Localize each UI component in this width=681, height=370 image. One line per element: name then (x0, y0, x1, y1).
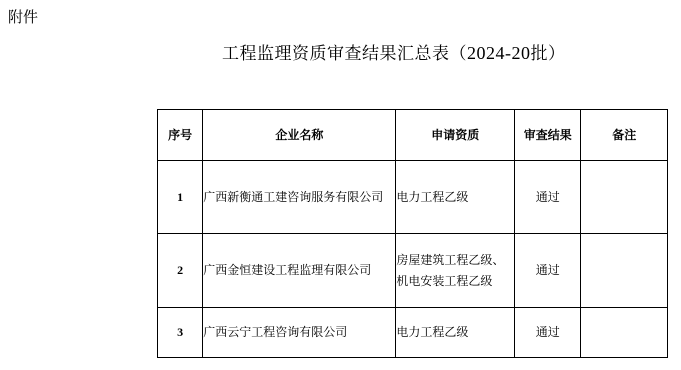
title-batch-number: 2024-20 (467, 43, 531, 63)
title-prefix: 工程监理资质审查结果汇总表（ (222, 44, 467, 64)
cell-note (581, 308, 668, 358)
cell-note (581, 234, 668, 308)
table-row: 1 广西新衡通工建咨询服务有限公司 电力工程乙级 通过 (158, 161, 668, 234)
table-row: 2 广西金恒建设工程监理有限公司 房屋建筑工程乙级、机电安装工程乙级 通过 (158, 234, 668, 308)
cell-company: 广西金恒建设工程监理有限公司 (203, 234, 396, 308)
cell-result: 通过 (515, 234, 581, 308)
header-note: 备注 (581, 110, 668, 161)
cell-company: 广西新衡通工建咨询服务有限公司 (203, 161, 396, 234)
header-result: 审查结果 (515, 110, 581, 161)
header-qualification: 申请资质 (396, 110, 515, 161)
cell-company: 广西云宁工程咨询有限公司 (203, 308, 396, 358)
document-title: 工程监理资质审查结果汇总表（2024-20批） (0, 41, 681, 66)
cell-qualification: 电力工程乙级 (396, 308, 515, 358)
table-header-row: 序号 企业名称 申请资质 审查结果 备注 (158, 110, 668, 161)
attachment-label: 附件 (8, 7, 38, 27)
table-row: 3 广西云宁工程咨询有限公司 电力工程乙级 通过 (158, 308, 668, 358)
cell-note (581, 161, 668, 234)
cell-qualification: 电力工程乙级 (396, 161, 515, 234)
header-company: 企业名称 (203, 110, 396, 161)
cell-qualification: 房屋建筑工程乙级、机电安装工程乙级 (396, 234, 515, 308)
cell-seq: 2 (158, 234, 203, 308)
title-suffix: 批） (531, 44, 566, 64)
header-seq: 序号 (158, 110, 203, 161)
cell-seq: 3 (158, 308, 203, 358)
cell-result: 通过 (515, 161, 581, 234)
cell-result: 通过 (515, 308, 581, 358)
qualification-review-table: 序号 企业名称 申请资质 审查结果 备注 1 广西新衡通工建咨询服务有限公司 电… (157, 109, 668, 358)
cell-seq: 1 (158, 161, 203, 234)
